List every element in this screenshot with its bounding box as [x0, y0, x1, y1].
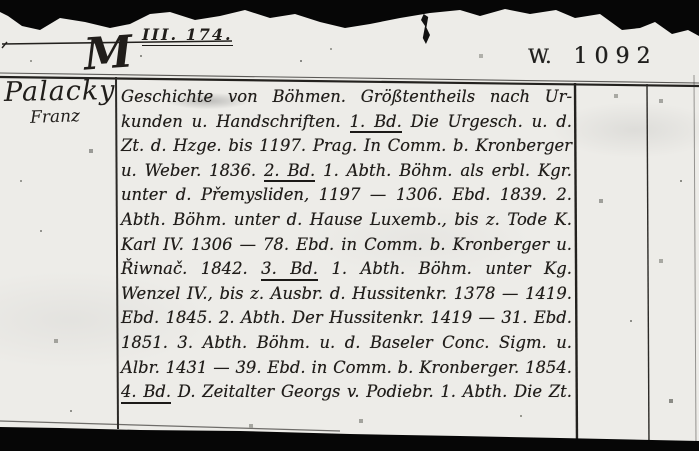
entry-text-segment: Wenzel IV., bis z. Ausbr. d. Hussitenkr.…	[121, 284, 572, 303]
entry-line: Karl IV. 1306 — 78. Ebd. in Comm. b. Kro…	[121, 233, 572, 258]
entry-text-segment: Ebd. 1845. 2. Abth. Der Hussitenkr. 1419…	[121, 308, 572, 327]
entry-line: Zt. d. Hzge. bis 1197. Prag. In Comm. b.…	[121, 134, 572, 159]
author-column-divider	[116, 77, 118, 429]
ink-blot	[421, 14, 430, 44]
entry-line: 4. Bd. D. Zeitalter Georgs v. Podiebr. 1…	[121, 380, 572, 405]
entry-text-segment: 1. Abth. Böhm. unter Kg.	[318, 259, 572, 278]
accession-stamp: W.1092	[528, 44, 657, 69]
entry-line: unter d. Přemysliden, 1197 — 1306. Ebd. …	[121, 183, 572, 208]
shelfmark: III. 174.	[142, 25, 233, 46]
author-first-name: Franz	[30, 106, 81, 128]
entry-line: Řiwnač. 1842. 3. Bd. 1. Abth. Böhm. unte…	[121, 257, 572, 282]
entry-text-segment: Zt. d. Hzge. bis 1197. Prag. In Comm. b.…	[121, 136, 572, 155]
entry-text-segment: kunden u. Handschriften.	[121, 112, 350, 131]
entry-line: kunden u. Handschriften. 1. Bd. Die Urge…	[121, 110, 572, 135]
volume-label-underlined: 1. Bd.	[350, 112, 402, 134]
catalog-entry-text: Geschichte von Böhmen. Größtentheils nac…	[121, 85, 572, 405]
entry-text-segment: u. Weber. 1836.	[121, 161, 264, 180]
author-surname: Palacky	[4, 75, 116, 108]
accession-number: 1092	[573, 44, 657, 69]
entry-line: Wenzel IV., bis z. Ausbr. d. Hussitenkr.…	[121, 282, 572, 307]
entry-text-segment: Geschichte von Böhmen. Größtentheils nac…	[121, 87, 572, 106]
entry-line: Abth. Böhm. unter d. Hause Luxemb., bis …	[121, 208, 572, 233]
entry-line: Geschichte von Böhmen. Größtentheils nac…	[121, 85, 572, 110]
entry-text-segment: 1. Abth. Böhm. als erbl. Kgr.	[315, 161, 572, 180]
shelfmark-line-hook	[2, 42, 7, 48]
entry-text-segment: Die Urgesch. u. d.	[402, 112, 572, 131]
volume-label-underlined: 2. Bd.	[264, 161, 315, 183]
ownership-mark-m: M	[83, 30, 135, 77]
catalog-card-scan: III. 174. M W.1092 Palacky Franz Geschic…	[0, 0, 699, 451]
accession-prefix: W.	[528, 44, 551, 68]
entry-line: Ebd. 1845. 2. Abth. Der Hussitenkr. 1419…	[121, 306, 572, 331]
entry-text-segment: Abth. Böhm. unter d. Hause Luxemb., bis …	[121, 210, 572, 229]
torn-edge-bottom	[0, 421, 699, 451]
card-right-edge	[694, 75, 696, 446]
volume-label-underlined: 3. Bd.	[261, 259, 318, 281]
entry-line: u. Weber. 1836. 2. Bd. 1. Abth. Böhm. al…	[121, 159, 572, 184]
entry-text-segment: D. Zeitalter Georgs v. Podiebr. 1. Abth.…	[171, 382, 572, 401]
volume-label-underlined: 4. Bd.	[121, 382, 171, 404]
entry-text-segment: Albr. 1431 — 39. Ebd. in Comm. b. Kronbe…	[121, 358, 572, 377]
right-column-line-2	[647, 84, 649, 446]
entry-text-segment: Karl IV. 1306 — 78. Ebd. in Comm. b. Kro…	[121, 235, 572, 254]
scan-speckles	[0, 0, 2, 2]
entry-line: Albr. 1431 — 39. Ebd. in Comm. b. Kronbe…	[121, 356, 572, 381]
entry-text-segment: unter d. Přemysliden, 1197 — 1306. Ebd. …	[121, 185, 572, 204]
entry-line: 1851. 3. Abth. Böhm. u. d. Baseler Conc.…	[121, 331, 572, 356]
entry-text-segment: 1851. 3. Abth. Böhm. u. d. Baseler Conc.…	[121, 333, 572, 352]
entry-text-segment: Řiwnač. 1842.	[121, 259, 261, 278]
right-column-line-1	[575, 83, 577, 444]
